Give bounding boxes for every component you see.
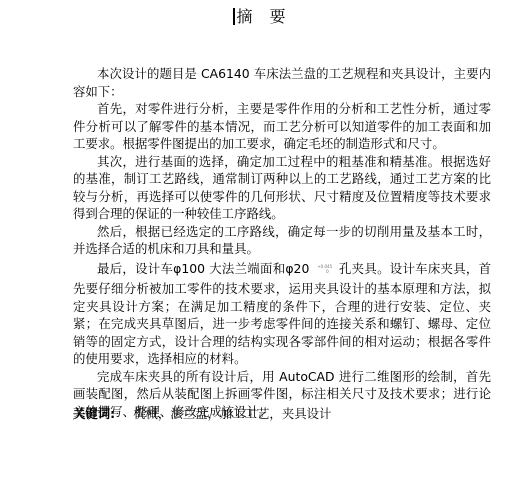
fixture-text-start: 最后，设计车φ100 大法兰端面和φ20	[97, 261, 309, 276]
keywords-line: 关键词:机械，法兰盘，加工工艺，夹具设计	[73, 404, 331, 422]
paragraph-fixture: 最后，设计车φ100 大法兰端面和φ20+0.0450孔夹具。设计车床夹具，首先…	[73, 258, 491, 368]
keywords-label: 关键词:	[73, 406, 115, 421]
fixture-text-end: 孔夹具。设计车床夹具，首先要仔细分析被加工零件的技术要求，运用夹具设计的基本原理…	[73, 261, 491, 367]
paragraph-cutting: 然后，根据已经选定的工序路线，确定每一步的切削用量及基本工时，并选择合适的机床和…	[73, 223, 491, 258]
abstract-body: 本次设计的题目是 CA6140 车床法兰盘的工艺规程和夹具设计，主要内容如下： …	[73, 65, 491, 420]
tolerance-upper: +0.045	[317, 264, 332, 269]
tolerance-lower: 0	[326, 269, 329, 274]
paragraph-datum: 其次，进行基面的选择，确定加工过程中的粗基准和精基准。根据选好的基准，制订工艺路…	[73, 153, 491, 223]
paragraph-analysis: 首先，对零件进行分析，主要是零件作用的分析和工艺性分析，通过零件分析可以了解零件…	[73, 100, 491, 153]
keywords-value: 机械，法兰盘，加工工艺，夹具设计	[133, 406, 331, 421]
title-text: 摘 要	[236, 7, 291, 26]
abstract-title: 摘 要	[0, 4, 525, 27]
paragraph-intro: 本次设计的题目是 CA6140 车床法兰盘的工艺规程和夹具设计，主要内容如下：	[73, 65, 491, 100]
